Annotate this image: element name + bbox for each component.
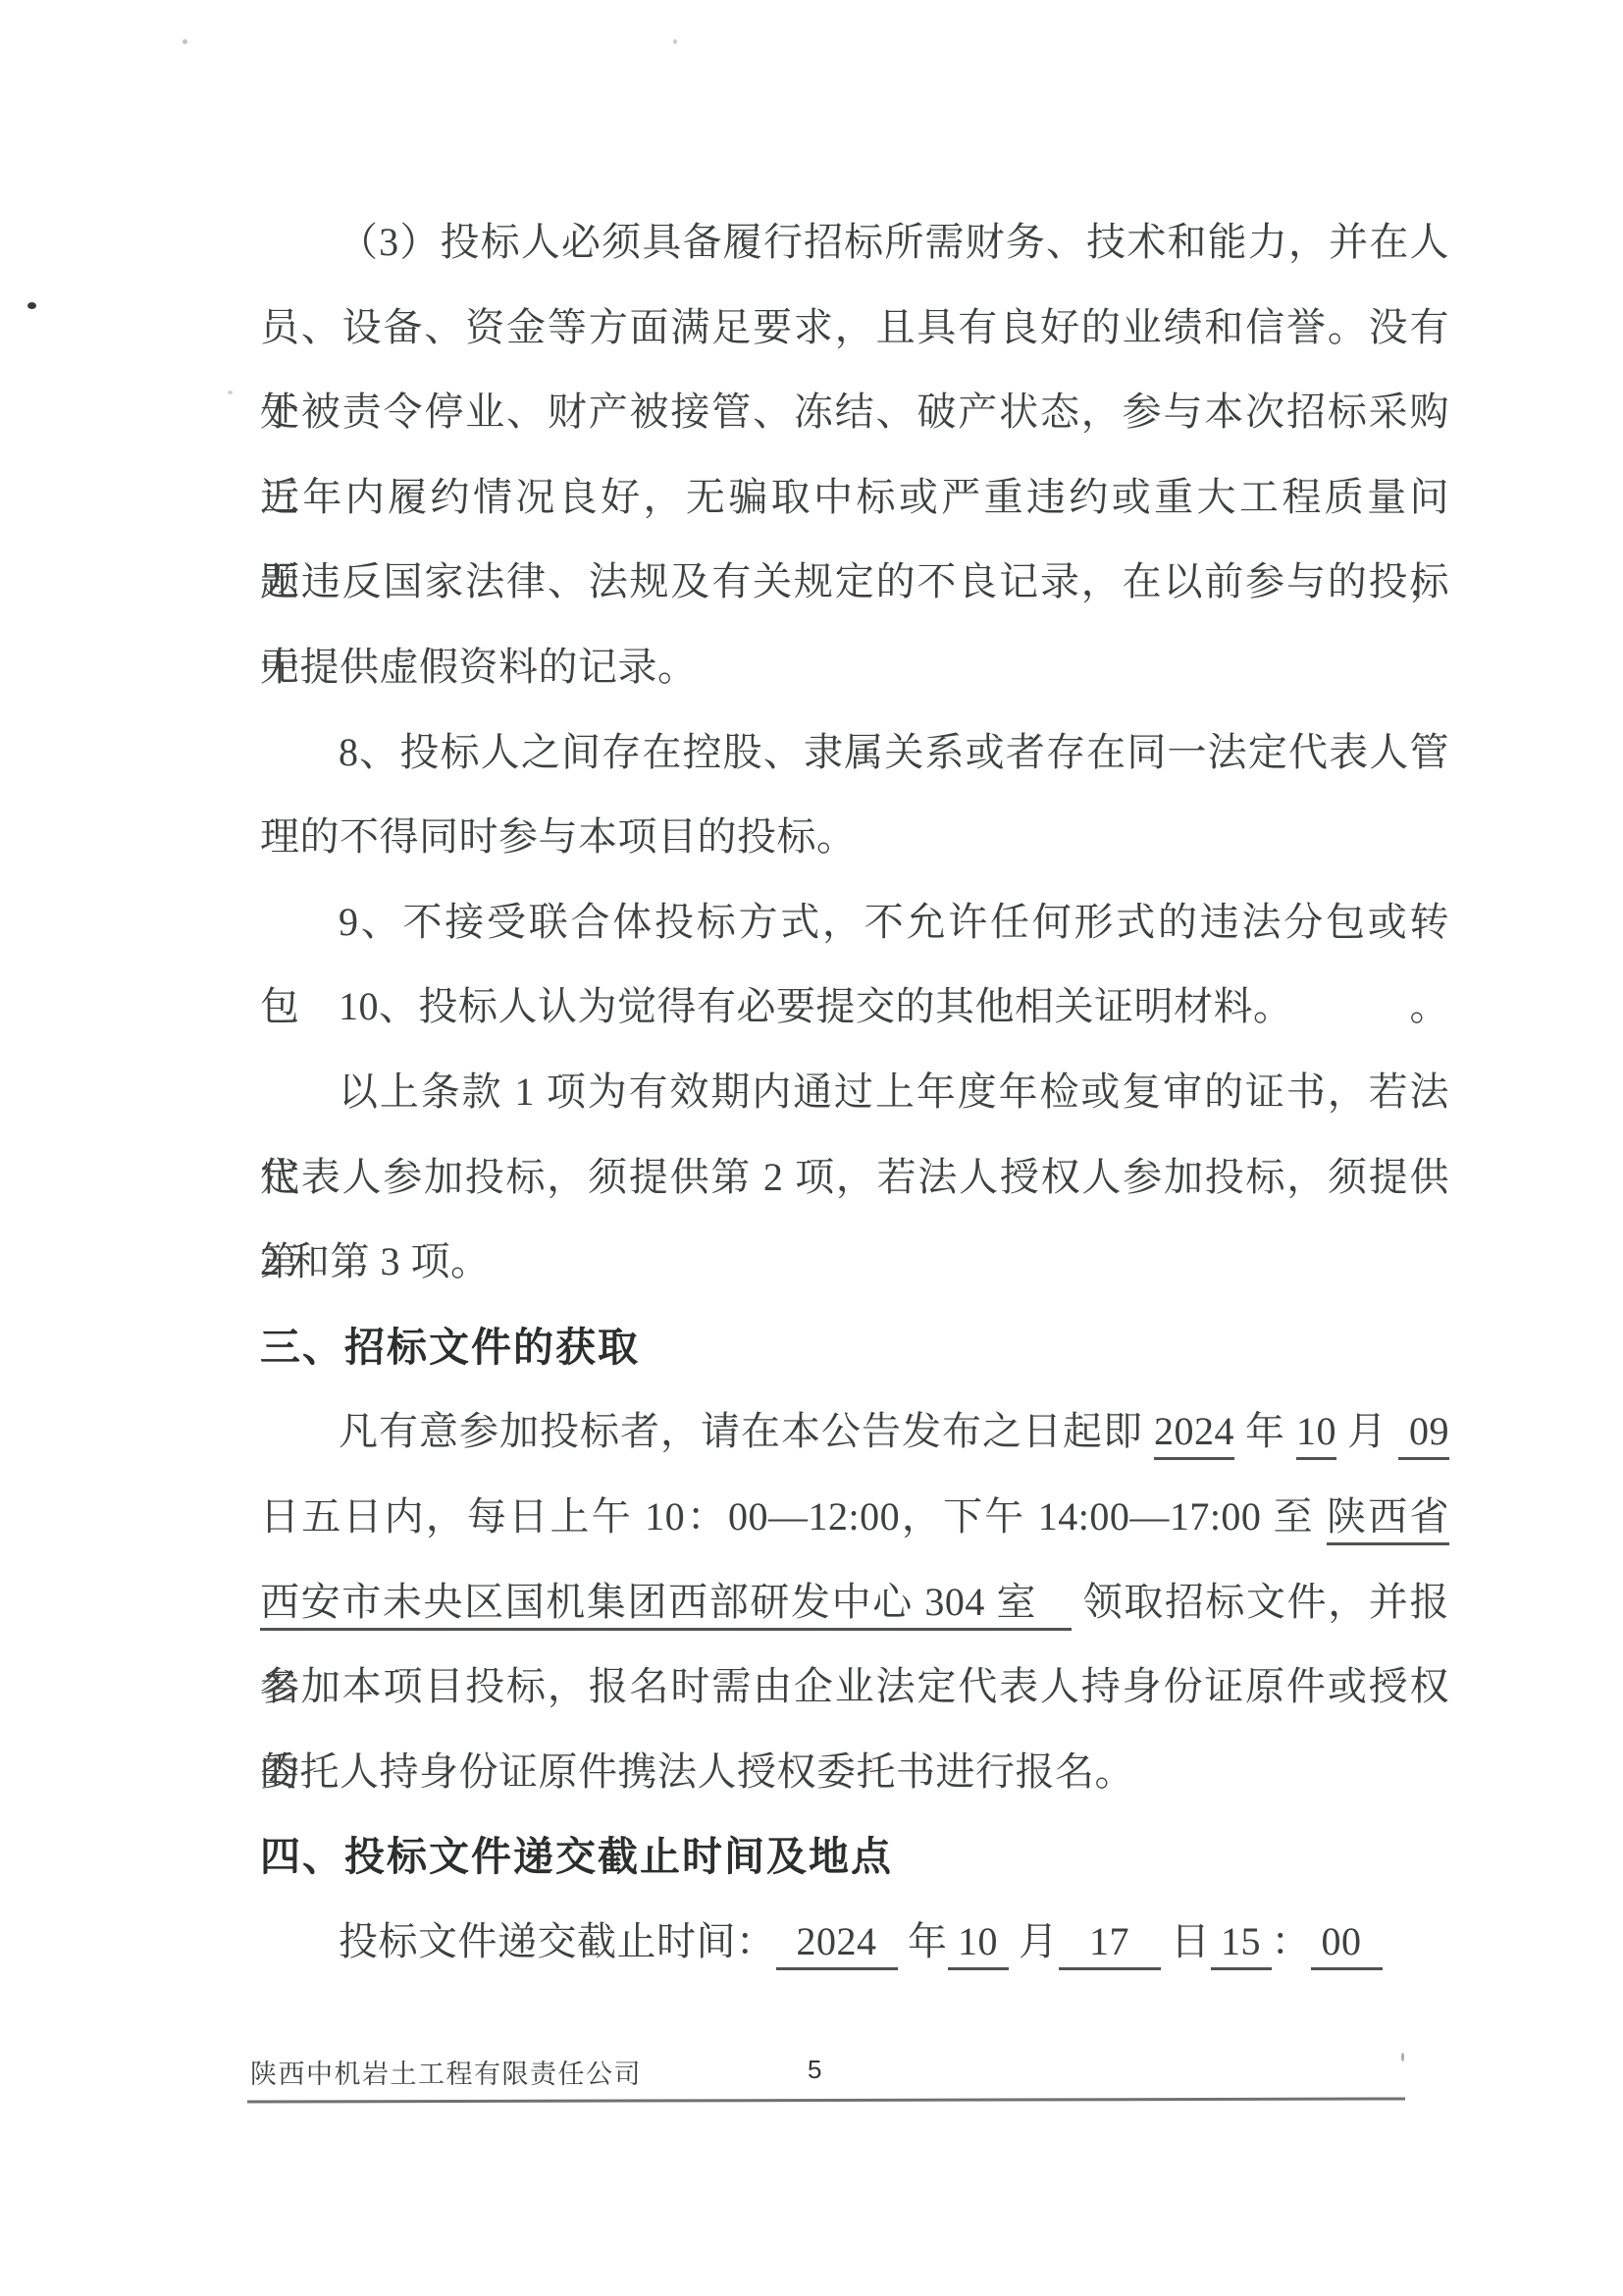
- text-segment: 日: [1161, 1919, 1211, 1963]
- text-line: 参加本项目投标，报名时需由企业法定代表人持身份证原件或授权的: [260, 1644, 1449, 1730]
- underlined-fill-in: 10: [948, 1919, 1009, 1970]
- text-segment: 四、投标文件递交截止时间及地点: [260, 1834, 893, 1879]
- text-line: 代表人参加投标，须提供第 2 项，若法人授权人参加投标，须提供第: [260, 1135, 1449, 1221]
- text-line: 员、设备、资金等方面满足要求，且具有良好的业绩和信誉。没有处: [260, 286, 1449, 371]
- text-line: 西安市未央区国机集团西部研发中心 304 室 领取招标文件，并报名: [260, 1560, 1449, 1645]
- underlined-fill-in: 2024: [776, 1919, 898, 1970]
- scan-speck: [27, 302, 36, 309]
- text-segment: 年: [1234, 1409, 1296, 1453]
- text-segment: 无提供虚假资料的记录。: [260, 645, 698, 689]
- scan-speck: [673, 39, 677, 44]
- section-heading: 三、招标文件的获取: [260, 1305, 1449, 1390]
- text-segment: ：: [1272, 1919, 1312, 1963]
- text-line: 无违反国家法律、法规及有关规定的不良记录，在以前参与的投标中: [260, 540, 1449, 625]
- document-page: （3）投标人必须具备履行招标所需财务、技术和能力，并在人员、设备、资金等方面满足…: [0, 0, 1623, 2296]
- footer-rule: [247, 2097, 1405, 2103]
- underlined-fill-in: 09: [1398, 1409, 1449, 1460]
- page-footer: 陕西中机岩土工程有限责任公司 5: [250, 2053, 1428, 2092]
- text-segment: （3）投标人必须具备履行招标所需财务、技术和能力，并在人: [339, 220, 1449, 264]
- text-segment: 凡有意参加投标者，请在本公告发布之日起即: [339, 1409, 1154, 1453]
- page-number: 5: [808, 2055, 823, 2085]
- text-line: 理的不得同时参与本项目的投标。: [260, 795, 1449, 880]
- text-segment: 月: [1009, 1919, 1059, 1963]
- text-line: 以上条款 1 项为有效期内通过上年度年检或复审的证书，若法定: [260, 1050, 1449, 1135]
- text-segment: 委托人持身份证原件携法人授权委托书进行报名。: [260, 1749, 1134, 1794]
- text-line: 无提供虚假资料的记录。: [260, 625, 1449, 710]
- text-segment: 10、投标人认为觉得有必要提交的其他相关证明材料。: [339, 984, 1293, 1028]
- text-line: 三年内履约情况良好，无骗取中标或严重违约或重大工程质量问题，: [260, 455, 1449, 541]
- underlined-fill-in: 陕西省: [1327, 1494, 1449, 1545]
- text-line: 凡有意参加投标者，请在本公告发布之日起即 2024 年 10 月 09: [260, 1389, 1449, 1475]
- underlined-fill-in: 10: [1296, 1409, 1336, 1460]
- text-segment: 2 和第 3 项。: [260, 1239, 491, 1283]
- underlined-fill-in: 15: [1211, 1919, 1272, 1970]
- underlined-fill-in: 17: [1059, 1919, 1161, 1970]
- scan-speck: [228, 391, 233, 394]
- text-segment: 日五日内，每日上午 10：00—12:00，下午 14:00—17:00 至: [260, 1494, 1327, 1539]
- text-line: 于被责令停业、财产被接管、冻结、破产状态，参与本次招标采购近: [260, 370, 1449, 455]
- text-segment: 理的不得同时参与本项目的投标。: [260, 814, 857, 859]
- text-line: 8、投标人之间存在控股、隶属关系或者存在同一法定代表人管: [260, 710, 1449, 796]
- text-segment: 三、招标文件的获取: [260, 1325, 640, 1370]
- text-line: 9、不接受联合体投标方式，不允许任何形式的违法分包或转包。: [260, 880, 1449, 965]
- section-heading: 四、投标文件递交截止时间及地点: [260, 1814, 1449, 1900]
- underlined-fill-in: 2024: [1154, 1409, 1234, 1460]
- text-segment: 8、投标人之间存在控股、隶属关系或者存在同一法定代表人管: [339, 730, 1449, 774]
- text-line: 投标文件递交截止时间： 2024 年 10 月 17 日 15 ： 00: [260, 1900, 1449, 1985]
- text-line: 委托人持身份证原件携法人授权委托书进行报名。: [260, 1730, 1449, 1815]
- text-line: 日五日内，每日上午 10：00—12:00，下午 14:00—17:00 至 陕…: [260, 1475, 1449, 1560]
- underlined-fill-in: 00: [1311, 1919, 1383, 1970]
- underlined-fill-in: 西安市未央区国机集团西部研发中心 304 室: [260, 1580, 1072, 1631]
- scan-speck: [183, 39, 187, 44]
- scan-speck: [1401, 2053, 1404, 2061]
- text-line: （3）投标人必须具备履行招标所需财务、技术和能力，并在人: [260, 200, 1449, 286]
- text-segment: 月: [1336, 1409, 1398, 1453]
- document-body: （3）投标人必须具备履行招标所需财务、技术和能力，并在人员、设备、资金等方面满足…: [260, 200, 1449, 1984]
- footer-company-name: 陕西中机岩土工程有限责任公司: [250, 2053, 642, 2091]
- text-line: 2 和第 3 项。: [260, 1220, 1449, 1305]
- text-segment: 投标文件递交截止时间：: [339, 1919, 776, 1963]
- text-line: 10、投标人认为觉得有必要提交的其他相关证明材料。: [260, 965, 1449, 1050]
- text-segment: 年: [898, 1919, 948, 1963]
